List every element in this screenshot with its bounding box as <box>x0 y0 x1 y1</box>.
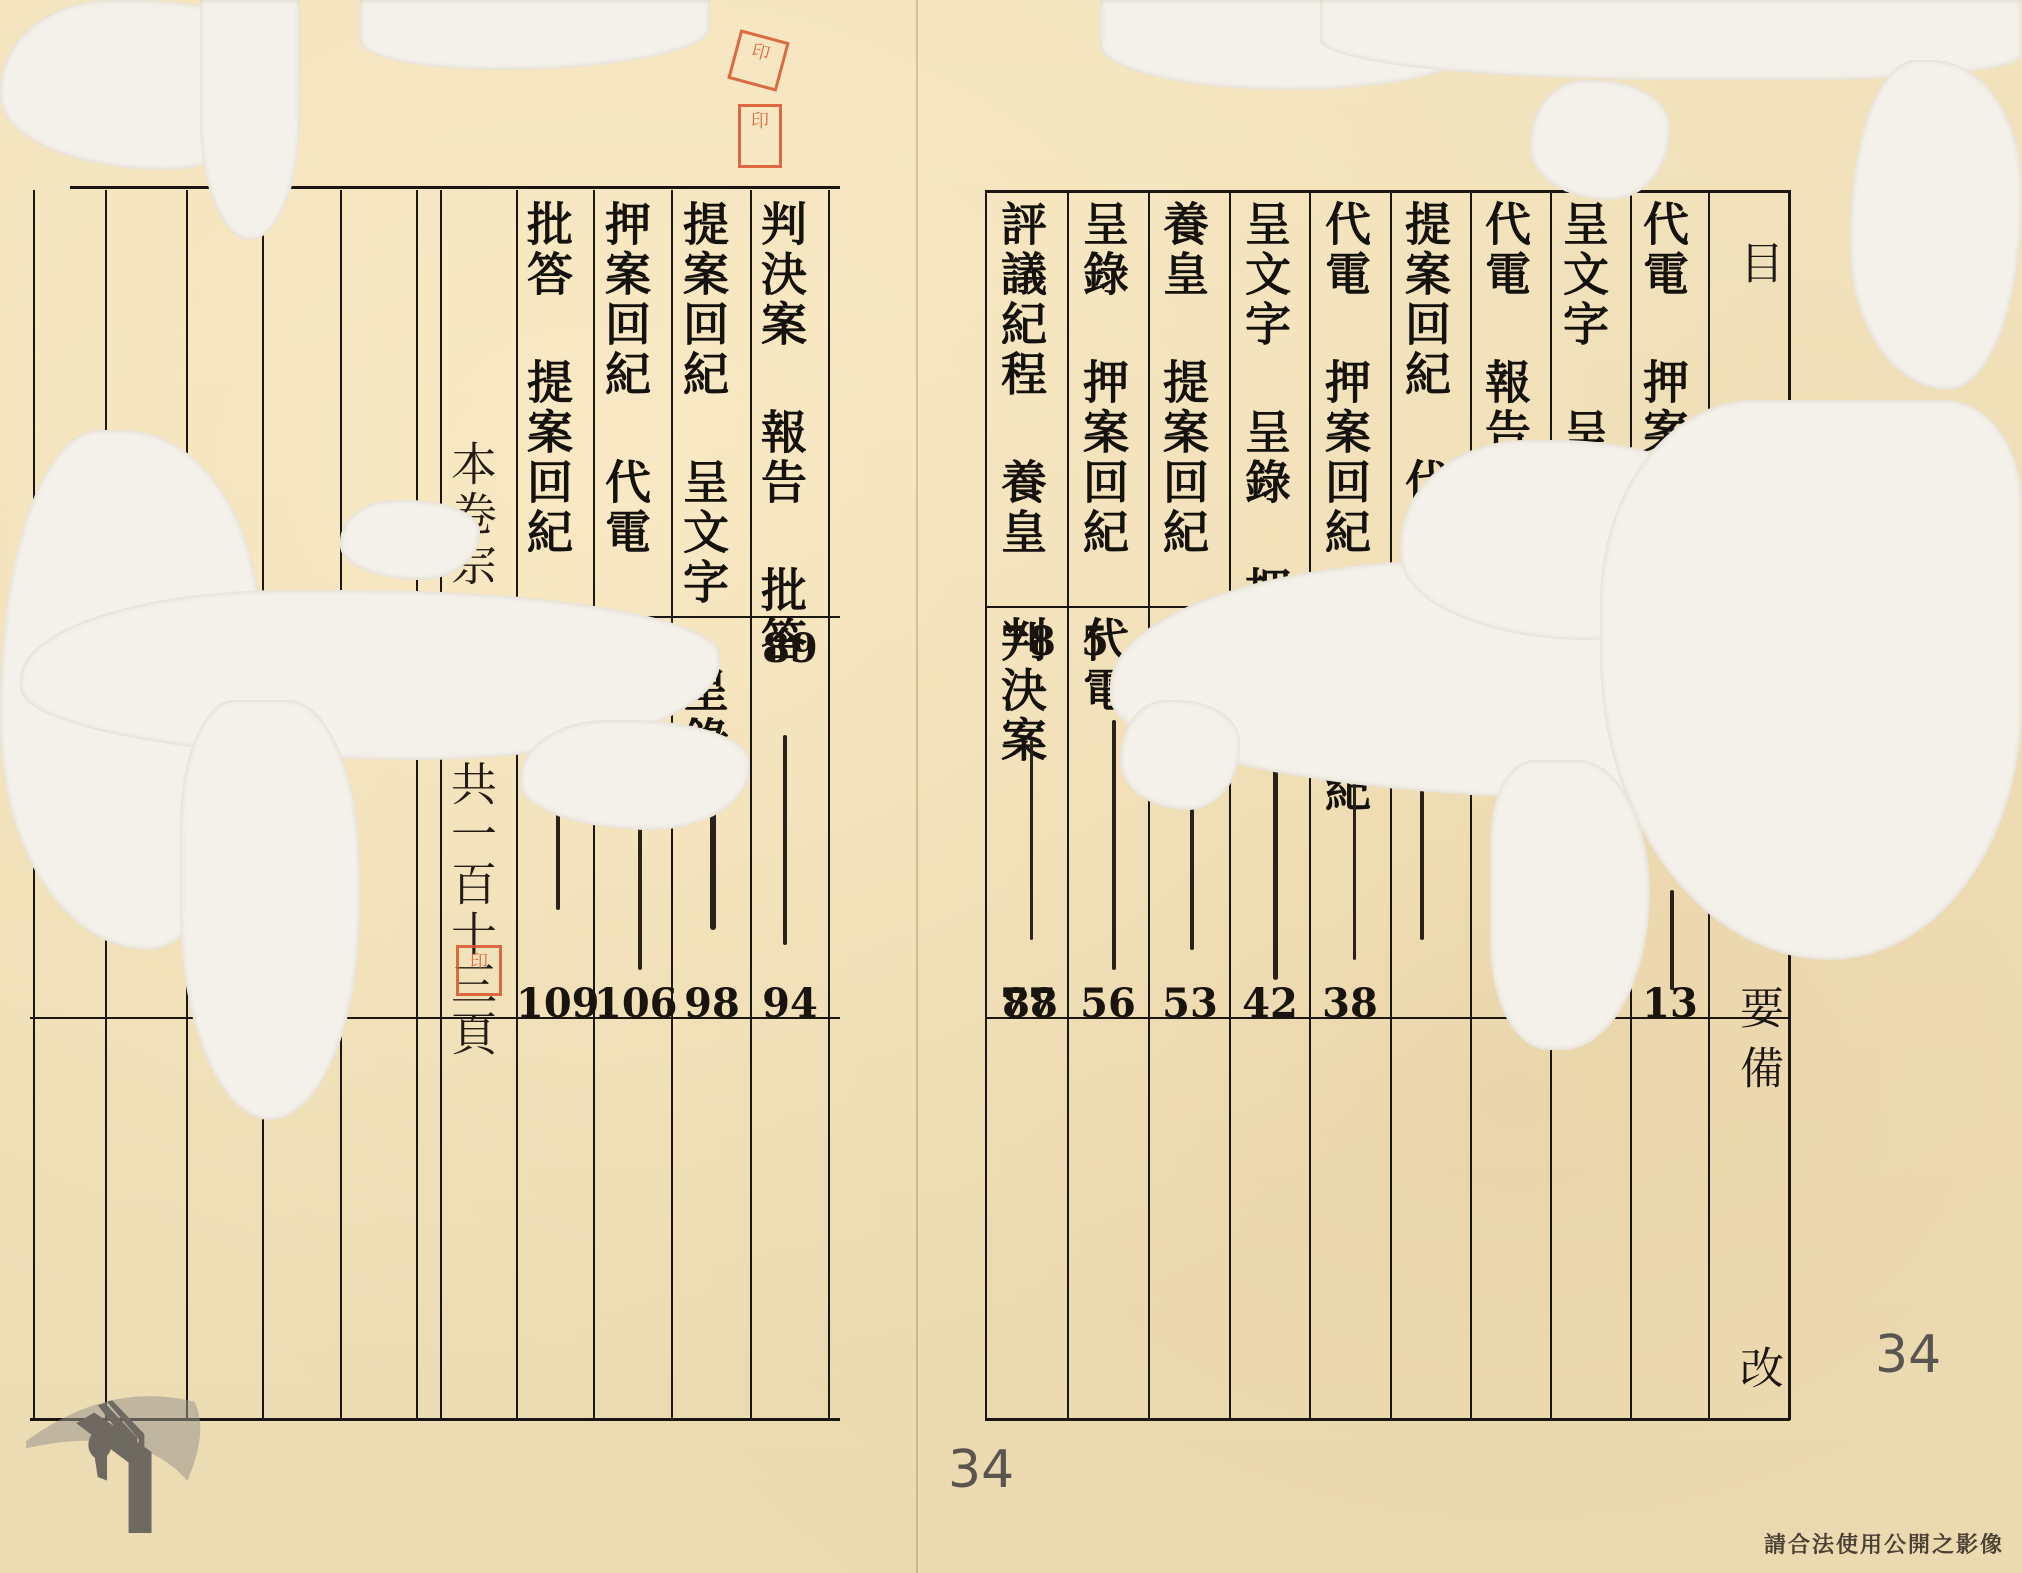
right-col-line <box>985 190 987 1420</box>
torn-patch <box>1600 400 2022 960</box>
document-scan: 印 印 目 錄 要 備 改 代電 押案回紀 提案 呈文字 呈報 押案 代電 報告… <box>0 0 2022 1573</box>
torn-patch <box>1120 700 1240 810</box>
torn-patch <box>340 500 480 580</box>
remark-char-mid: 備 <box>1725 1045 1789 1089</box>
page-number: 42 <box>1230 980 1310 1027</box>
left-col-line <box>416 190 418 1420</box>
ditto-stroke <box>1112 720 1116 970</box>
pencil-page-number-margin: 34 <box>1875 1325 1941 1385</box>
ditto-stroke <box>1030 740 1033 940</box>
torn-patch <box>520 720 750 830</box>
right-col-line <box>1390 190 1392 1420</box>
right-col-line <box>1148 190 1150 1420</box>
red-seal-top-1: 印 <box>727 29 789 91</box>
archive-logo-icon <box>0 1373 260 1533</box>
right-bottom-rule <box>985 1418 1790 1421</box>
red-seal-inline: 印 <box>456 945 502 996</box>
page-number: 89 <box>750 625 830 672</box>
torn-patch <box>1850 60 2022 390</box>
red-seal-top-2: 印 <box>738 104 782 168</box>
remark-char-top: 要 <box>1725 985 1789 1029</box>
right-col-line <box>1229 190 1231 1420</box>
right-col-line <box>1470 190 1472 1420</box>
page-number: 98 <box>672 980 752 1027</box>
entry-text: 評議紀程 養皇 判決案 <box>998 200 1044 766</box>
left-col-line <box>516 190 518 1420</box>
torn-patch <box>200 0 300 240</box>
page-number: 109 <box>516 980 596 1027</box>
pencil-page-number-bottom: 34 <box>948 1440 1014 1500</box>
left-col-line <box>440 190 442 1420</box>
page-number: 56 <box>1068 980 1148 1027</box>
page-number: 106 <box>594 980 674 1027</box>
page-number: 5 <box>1075 618 1115 665</box>
right-col-line <box>1067 190 1069 1420</box>
page-fold <box>916 0 918 1573</box>
page-number: 38 <box>1310 980 1390 1027</box>
right-top-rule <box>985 190 1790 193</box>
torn-patch <box>360 0 710 70</box>
page-number: 78 <box>988 618 1068 665</box>
ditto-stroke <box>783 735 787 945</box>
page-number: 94 <box>750 980 830 1027</box>
entry-text: 判決案 報告 批答 <box>758 200 804 666</box>
title-char-top: 目 <box>1725 240 1789 284</box>
left-top-rule <box>70 186 840 189</box>
left-col-line <box>828 190 830 1420</box>
page-number-first: 88 <box>990 980 1070 1027</box>
ditto-stroke <box>1670 890 1674 990</box>
left-col-line <box>750 190 752 1420</box>
page-number: 53 <box>1150 980 1230 1027</box>
torn-patch <box>1530 80 1670 200</box>
torn-patch <box>180 700 360 1120</box>
right-col-line <box>1309 190 1311 1420</box>
remark-char-bottom: 改 <box>1725 1345 1789 1389</box>
legal-use-notice: 請合法使用公開之影像 <box>1764 1528 2004 1559</box>
page-number: 13 <box>1630 980 1710 1027</box>
